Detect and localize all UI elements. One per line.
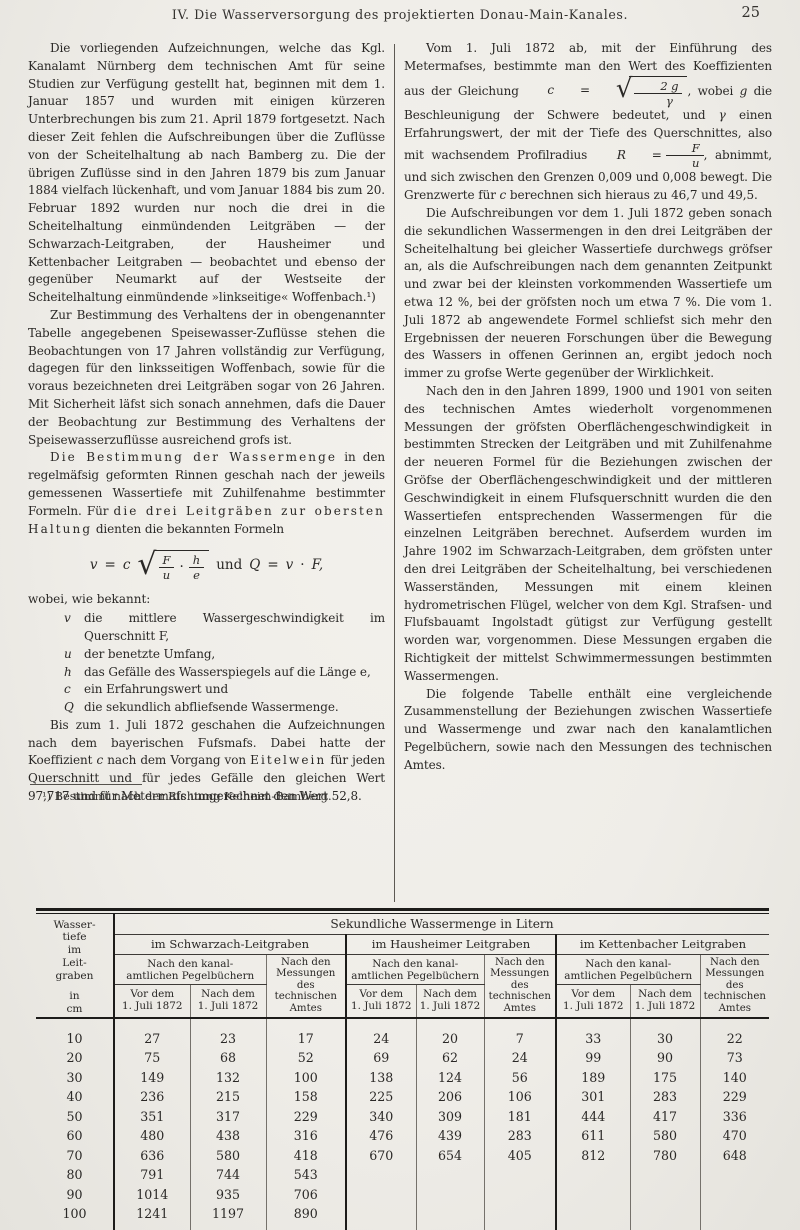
table-row: 10012411197890 — [36, 1204, 769, 1224]
page-number: 25 — [742, 5, 760, 21]
value-cell — [630, 1165, 700, 1185]
depth-cell: 10 — [36, 1018, 114, 1049]
table-row: 3014913210013812456189175140 — [36, 1068, 769, 1088]
value-cell — [700, 1185, 769, 1205]
group-header-schwarzach: im Schwarzach-Leitgraben — [114, 934, 346, 954]
value-cell: 22 — [700, 1018, 769, 1049]
messungen-header: Nach den Messungen des technischen Amtes — [700, 954, 769, 1018]
fraction-h-e: he — [189, 554, 204, 581]
nach-1872-header: Nach dem 1. Juli 1872 — [190, 985, 266, 1018]
vor-1872-header: Vor dem 1. Juli 1872 — [346, 985, 416, 1018]
value-cell: 283 — [630, 1087, 700, 1107]
messungen-header: Nach den Messungen des technischen Amtes — [266, 954, 346, 1018]
nach-1872-header: Nach dem 1. Juli 1872 — [630, 985, 700, 1018]
value-cell: 225 — [346, 1087, 416, 1107]
value-cell: 132 — [190, 1068, 266, 1088]
value-cell: 636 — [114, 1146, 190, 1166]
depth-cell: 20 — [36, 1048, 114, 1068]
intro-paragraph: Die vorliegenden Aufzeichnungen, welche … — [28, 40, 385, 307]
value-cell — [556, 1165, 630, 1185]
left-column: Die vorliegenden Aufzeichnungen, welche … — [28, 40, 385, 806]
value-cell: 1197 — [190, 1204, 266, 1224]
value-cell: 75 — [114, 1048, 190, 1068]
value-cell: 73 — [700, 1048, 769, 1068]
value-cell: 418 — [266, 1146, 346, 1166]
value-cell: 140 — [700, 1068, 769, 1088]
depth-cell: 60 — [36, 1126, 114, 1146]
radical: √ Fu · he — [137, 550, 209, 581]
value-cell: 438 — [190, 1126, 266, 1146]
value-cell — [346, 1185, 416, 1205]
value-cell: 470 — [700, 1126, 769, 1146]
value-cell — [346, 1204, 416, 1224]
footnote-separator — [30, 784, 142, 785]
value-cell: 23 — [190, 1018, 266, 1049]
vor-1872-header: Vor dem 1. Juli 1872 — [556, 985, 630, 1018]
depth-cell: 70 — [36, 1146, 114, 1166]
emphasized-phrase: Die Bestimmung der Wassermenge — [50, 450, 337, 464]
value-cell: 206 — [416, 1087, 484, 1107]
value-cell: 654 — [416, 1146, 484, 1166]
table-title: Sekundliche Wassermenge in Litern — [114, 914, 769, 935]
table-row: 70636580418670654405812780648 — [36, 1146, 769, 1166]
value-cell: 100 — [266, 1068, 346, 1088]
value-cell: 24 — [484, 1048, 556, 1068]
value-cell: 30 — [630, 1018, 700, 1049]
profile-radius-formula: R=Fu — [595, 142, 704, 169]
value-cell: 812 — [556, 1146, 630, 1166]
value-cell: 56 — [484, 1068, 556, 1088]
value-cell: 1241 — [114, 1204, 190, 1224]
column-divider — [394, 44, 395, 902]
value-cell: 106 — [484, 1087, 556, 1107]
value-cell: 417 — [630, 1107, 700, 1127]
value-cell: 17 — [266, 1018, 346, 1049]
value-cell: 68 — [190, 1048, 266, 1068]
running-head: IV. Die Wasserversorgung des projektiert… — [0, 7, 800, 22]
definition-item: hdas Gefälle des Wasserspiegels auf die … — [28, 664, 385, 682]
symbol-c: c — [64, 681, 71, 699]
value-cell: 480 — [114, 1126, 190, 1146]
value-cell: 317 — [190, 1107, 266, 1127]
value-cell: 670 — [346, 1146, 416, 1166]
table-row: 60480438316476439283611580470 — [36, 1126, 769, 1146]
value-cell: 175 — [630, 1068, 700, 1088]
depth-cell: 100 — [36, 1204, 114, 1224]
value-cell — [484, 1165, 556, 1185]
table-row: 80791744543 — [36, 1165, 769, 1185]
aufschreibungen-paragraph: Die Aufschreibungen vor dem 1. Juli 1872… — [404, 205, 772, 383]
value-cell: 648 — [700, 1146, 769, 1166]
value-cell — [266, 1224, 346, 1230]
value-cell: 215 — [190, 1087, 266, 1107]
value-cell — [416, 1165, 484, 1185]
value-cell — [700, 1204, 769, 1224]
value-cell: 301 — [556, 1087, 630, 1107]
value-cell: 351 — [114, 1107, 190, 1127]
observation-paragraph: Zur Bestimmung des Verhaltens der in obe… — [28, 307, 385, 449]
value-cell — [484, 1185, 556, 1205]
depth-cell: 80 — [36, 1165, 114, 1185]
wobei-line: wobei, wie bekannt: — [28, 591, 385, 609]
value-cell: 316 — [266, 1126, 346, 1146]
nach-1872-header: Nach dem 1. Juli 1872 — [416, 985, 484, 1018]
vor-1872-header: Vor dem 1. Juli 1872 — [114, 985, 190, 1018]
symbol-Q: Q — [64, 699, 74, 717]
value-cell: 90 — [630, 1048, 700, 1068]
value-cell — [556, 1185, 630, 1205]
value-cell: 20 — [416, 1018, 484, 1049]
definition-item: cein Erfahrungswert und — [28, 681, 385, 699]
value-cell: 444 — [556, 1107, 630, 1127]
comparison-table: Wasser- tiefe im Leit- graben in cm Seku… — [36, 914, 769, 1230]
value-cell: 309 — [416, 1107, 484, 1127]
value-cell — [346, 1165, 416, 1185]
value-cell: 99 — [556, 1048, 630, 1068]
definitions-list: vdie mittlere Wassergeschwindigkeit im Q… — [28, 610, 385, 717]
author-name: Eitelwein — [250, 753, 326, 767]
footnote-block: ¹) Bestimmt nach der Richtung Kelheim-Ba… — [28, 784, 385, 804]
fraction-2g-gamma: 2 gγ — [634, 80, 682, 107]
depth-cell: 40 — [36, 1087, 114, 1107]
definition-item: vdie mittlere Wassergeschwindigkeit im Q… — [28, 610, 385, 646]
value-cell — [630, 1185, 700, 1205]
messungen-paragraph: Nach den in den Jahren 1899, 1900 und 19… — [404, 383, 772, 686]
value-cell: 62 — [416, 1048, 484, 1068]
value-cell: 935 — [190, 1185, 266, 1205]
table-row: 40236215158225206106301283229 — [36, 1087, 769, 1107]
value-cell — [416, 1185, 484, 1205]
value-cell: 229 — [700, 1087, 769, 1107]
value-cell: 138 — [346, 1068, 416, 1088]
value-cell: 27 — [114, 1018, 190, 1049]
coefficient-formula: c=√2 gγ — [525, 76, 687, 107]
value-cell: 476 — [346, 1126, 416, 1146]
value-cell — [346, 1224, 416, 1230]
definition-item: uder benetzte Umfang, — [28, 646, 385, 664]
value-cell: 1014 — [114, 1185, 190, 1205]
depth-cell: 90 — [36, 1185, 114, 1205]
scanned-page: IV. Die Wasserversorgung des projektiert… — [0, 0, 800, 1230]
velocity-formula: v = c √ Fu · he und Q = v · F, — [28, 543, 385, 587]
value-cell: 543 — [266, 1165, 346, 1185]
value-cell: 229 — [266, 1107, 346, 1127]
value-cell — [416, 1204, 484, 1224]
value-cell — [484, 1204, 556, 1224]
depth-cell: 50 — [36, 1107, 114, 1127]
pegelbuecher-header: Nach den kanal- amtlichen Pegelbüchern — [346, 954, 484, 985]
radical-sign: √ — [594, 78, 632, 101]
value-cell: 283 — [484, 1126, 556, 1146]
value-cell — [630, 1224, 700, 1230]
value-cell: 336 — [700, 1107, 769, 1127]
value-cell: 149 — [114, 1068, 190, 1088]
fraction-F-u: Fu — [159, 554, 175, 581]
text-columns: Die vorliegenden Aufzeichnungen, welche … — [28, 40, 772, 908]
value-cell: 69 — [346, 1048, 416, 1068]
depth-cell — [36, 1224, 114, 1230]
table-row: 901014935706 — [36, 1185, 769, 1205]
group-header-kettenbacher: im Kettenbacher Leitgraben — [556, 934, 769, 954]
value-cell — [700, 1165, 769, 1185]
value-cell — [190, 1224, 266, 1230]
fraction-F-u: Fu — [666, 142, 704, 169]
value-cell: 580 — [630, 1126, 700, 1146]
value-cell — [484, 1224, 556, 1230]
value-cell: 780 — [630, 1146, 700, 1166]
tabelle-paragraph: Die folgende Tabelle enthält eine vergle… — [404, 686, 772, 775]
table-row: 20756852696224999073 — [36, 1048, 769, 1068]
radical-sign: √ — [137, 551, 156, 578]
value-cell: 52 — [266, 1048, 346, 1068]
symbol-v: v — [64, 610, 71, 628]
table-row — [36, 1224, 769, 1230]
value-cell: 611 — [556, 1126, 630, 1146]
value-cell: 7 — [484, 1018, 556, 1049]
symbol-u: u — [64, 646, 72, 664]
group-header-hausheimer: im Hausheimer Leitgraben — [346, 934, 556, 954]
value-cell — [700, 1224, 769, 1230]
value-cell — [630, 1204, 700, 1224]
depth-column-header: Wasser- tiefe im Leit- graben in cm — [36, 914, 114, 1018]
value-cell — [416, 1224, 484, 1230]
pegelbuecher-header: Nach den kanal- amtlichen Pegelbüchern — [556, 954, 700, 985]
value-cell: 124 — [416, 1068, 484, 1088]
value-cell: 181 — [484, 1107, 556, 1127]
value-cell — [114, 1224, 190, 1230]
table-row: 1027231724207333022 — [36, 1018, 769, 1049]
value-cell: 158 — [266, 1087, 346, 1107]
water-quantity-table: Wasser- tiefe im Leit- graben in cm Seku… — [36, 908, 769, 1230]
table-body: 1027231724207333022207568526962249990733… — [36, 1018, 769, 1230]
value-cell: 24 — [346, 1018, 416, 1049]
table-row: 50351317229340309181444417336 — [36, 1107, 769, 1127]
value-cell: 189 — [556, 1068, 630, 1088]
pegelbuecher-header: Nach den kanal- amtlichen Pegelbüchern — [114, 954, 266, 985]
value-cell: 791 — [114, 1165, 190, 1185]
value-cell: 405 — [484, 1146, 556, 1166]
right-column: Vom 1. Juli 1872 ab, mit der Einführung … — [404, 40, 772, 775]
value-cell: 580 — [190, 1146, 266, 1166]
symbol-h: h — [64, 664, 72, 682]
definition-item: Qdie sekundlich abfliefsende Wassermenge… — [28, 699, 385, 717]
bestimmung-paragraph: Die Bestimmung der Wassermenge in den re… — [28, 449, 385, 538]
footnote-text: ¹) Bestimmt nach der Richtung Kelheim-Ba… — [28, 789, 385, 804]
messungen-header: Nach den Messungen des technischen Amtes — [484, 954, 556, 1018]
depth-cell: 30 — [36, 1068, 114, 1088]
value-cell: 439 — [416, 1126, 484, 1146]
metermass-paragraph: Vom 1. Juli 1872 ab, mit der Einführung … — [404, 40, 772, 205]
value-cell: 744 — [190, 1165, 266, 1185]
value-cell: 236 — [114, 1087, 190, 1107]
value-cell: 706 — [266, 1185, 346, 1205]
value-cell — [556, 1224, 630, 1230]
value-cell: 33 — [556, 1018, 630, 1049]
value-cell: 340 — [346, 1107, 416, 1127]
value-cell: 890 — [266, 1204, 346, 1224]
value-cell — [556, 1204, 630, 1224]
